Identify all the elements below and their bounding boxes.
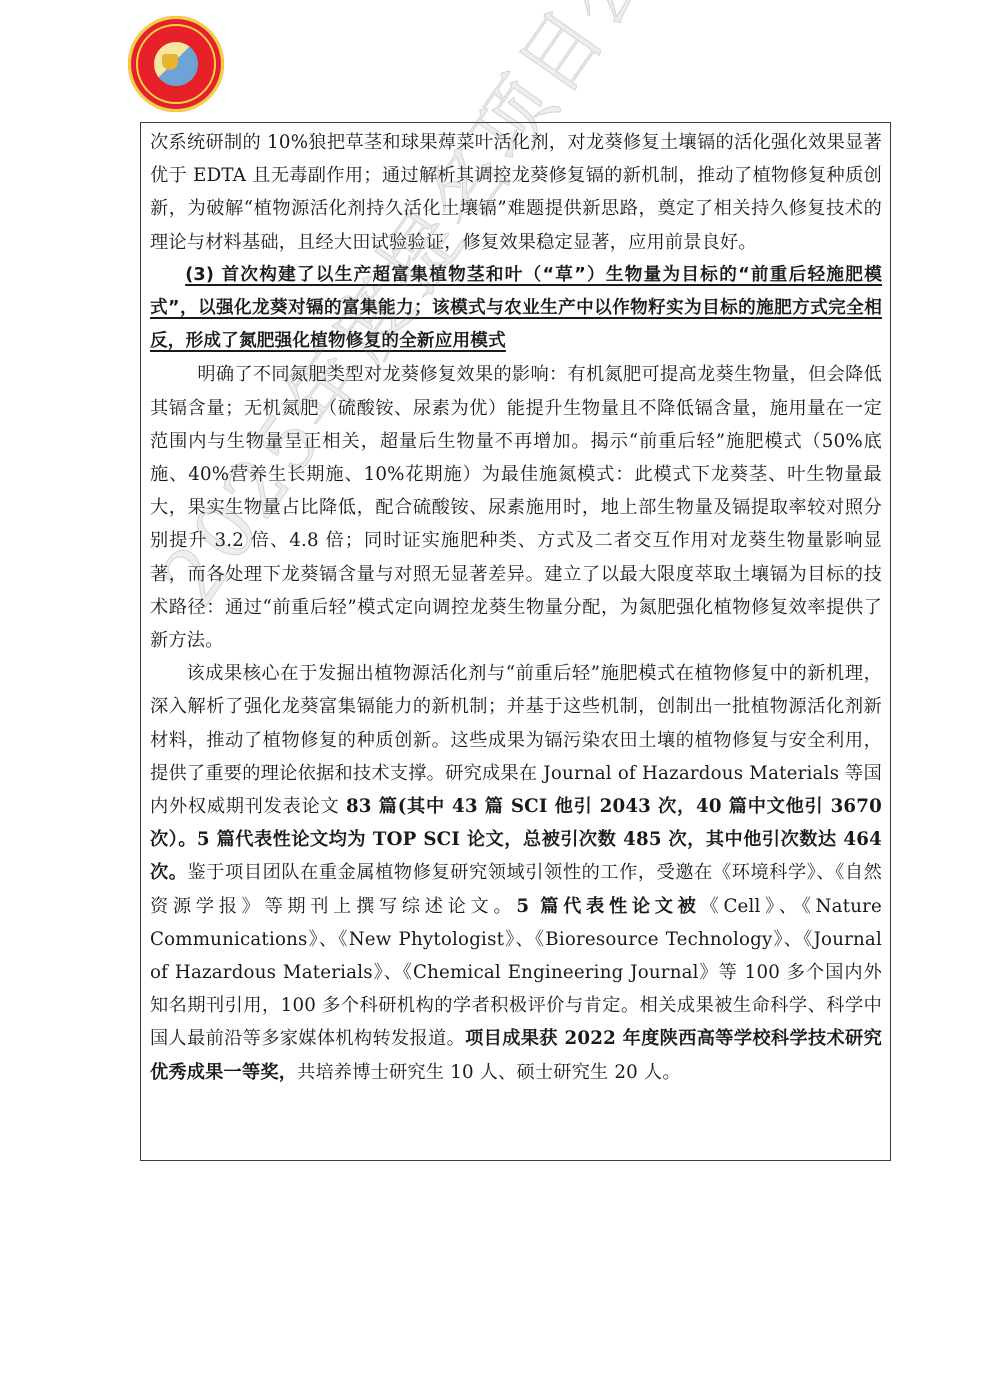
trophy-icon (162, 54, 178, 70)
summary-text-4: 共培养博士研究生 10 人、硕士研究生 20 人。 (297, 1062, 681, 1083)
summary-text-1: 该成果核心在于发掘出植物源活化剂与“前重后轻”施肥模式在植物修复中的新机理，深入… (150, 663, 882, 817)
paragraph-summary: 该成果核心在于发掘出植物源活化剂与“前重后轻”施肥模式在植物修复中的新机理，深入… (150, 657, 882, 1089)
organization-seal-logo (128, 16, 224, 112)
paragraph-activator-results: 次系统研制的 10%狼把草茎和球果蔊菜叶活化剂，对龙葵修复土壤镉的活化强化效果显… (150, 126, 882, 259)
section-heading-3: (3) 首次构建了以生产超富集植物茎和叶（“草”）生物量为目标的“前重后轻施肥模… (150, 259, 882, 359)
summary-text-3: 《Cell》、《Nature Communications》、《New Phyt… (150, 896, 882, 1050)
representative-papers-label: 5 篇代表性论文被 (516, 896, 700, 917)
paragraph-nitrogen-fertilizer: 明确了不同氮肥类型对龙葵修复效果的影响：有机氮肥可提高龙葵生物量，但会降低其镉含… (150, 358, 882, 657)
document-body: 次系统研制的 10%狼把草茎和球果蔊菜叶活化剂，对龙葵修复土壤镉的活化强化效果显… (150, 126, 882, 1089)
